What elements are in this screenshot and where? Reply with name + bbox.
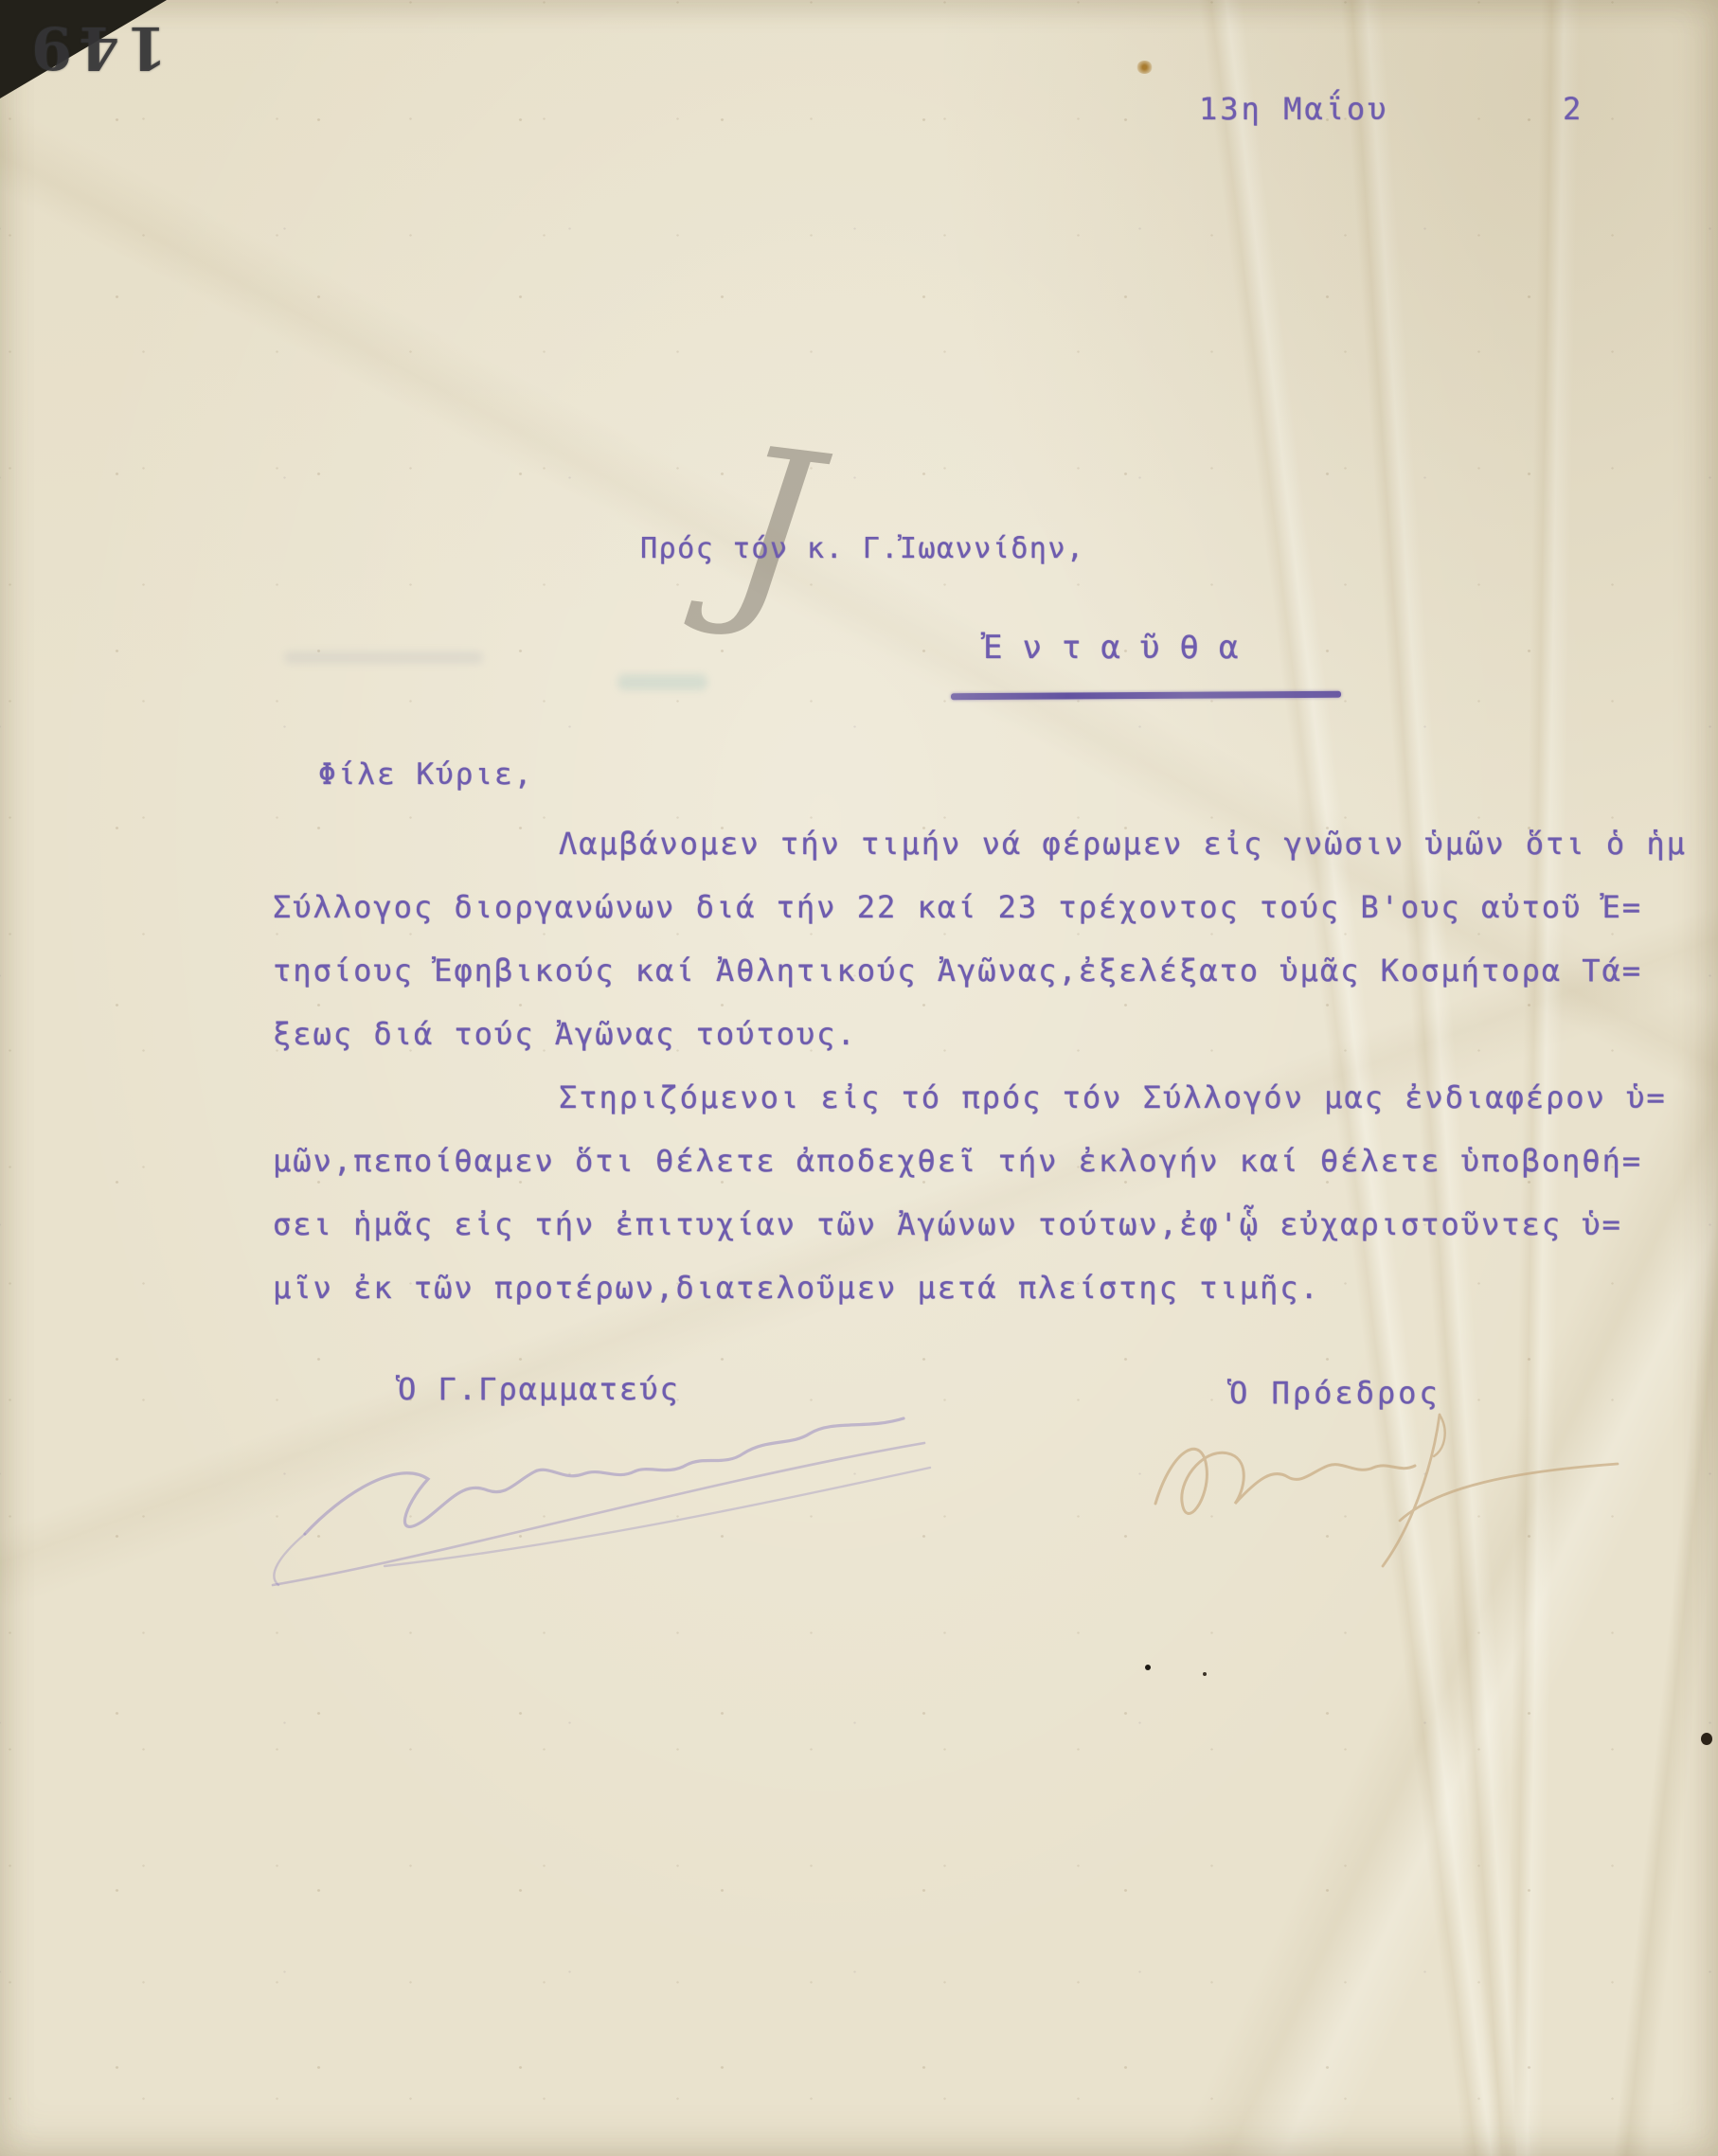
paper-stain xyxy=(1203,1672,1207,1676)
body-line: Σύλλογος διοργανώνων διά τήν 22 καί 23 τ… xyxy=(273,876,1687,939)
body-line: σει ἡμᾶς εἰς τήν ἐπιτυχίαν τῶν Ἀγώνων το… xyxy=(273,1193,1687,1256)
letter-page: 149 13η Μαΐου 2 J Πρός τόν κ. Γ.Ἰωαννίδη… xyxy=(0,0,1718,2156)
secretary-signature xyxy=(250,1390,941,1603)
page-number: 2 xyxy=(1563,91,1581,127)
body-line: Στηριζόμενοι εἰς τό πρός τόν Σύλλογόν μα… xyxy=(273,1066,1687,1130)
body-line: τησίους Ἐφηβικούς καί Ἀθλητικούς Ἀγῶνας,… xyxy=(273,939,1687,1003)
body-line: μῶν,πεποίθαμεν ὅτι θέλετε ἀποδεχθεῖ τήν … xyxy=(273,1130,1687,1193)
bleed-through-smudge xyxy=(284,651,483,664)
president-signature xyxy=(1116,1388,1655,1587)
body-line: Λαμβάνομεν τήν τιμήν νά φέρωμεν εἰς γνῶσ… xyxy=(273,812,1687,876)
body-line: μῖν ἐκ τῶν προτέρων,διατελοῦμεν μετά πλε… xyxy=(273,1256,1687,1320)
paper-stain xyxy=(1145,1665,1151,1670)
recipient-line: Πρός τόν κ. Γ.Ἰωαννίδην, xyxy=(640,532,1084,565)
place-underline xyxy=(951,691,1341,701)
pencil-mark: J xyxy=(719,419,826,634)
letter-body: Λαμβάνομεν τήν τιμήν νά φέρωμεν εἰς γνῶσ… xyxy=(273,812,1687,1320)
paper-stain xyxy=(1701,1733,1712,1745)
body-line: ξεως διά τούς Ἀγῶνας τούτους. xyxy=(273,1003,1687,1066)
archive-number-stamp: 149 xyxy=(25,13,167,82)
letter-date: 13η Μαΐου xyxy=(1199,91,1388,127)
place-line: Ἐνταῦθα xyxy=(983,629,1258,667)
salutation: Φίλε Κύριε, xyxy=(318,757,533,792)
bleed-through-smudge xyxy=(617,674,707,690)
paper-stain xyxy=(1136,61,1153,74)
